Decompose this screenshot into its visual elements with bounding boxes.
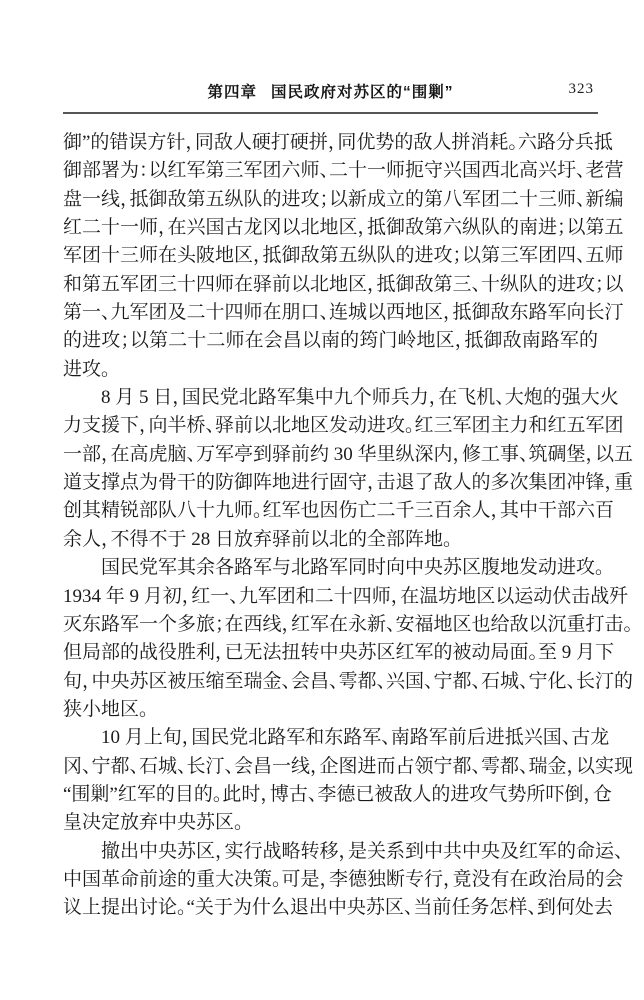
page-number: 323: [569, 81, 595, 98]
text-line: 但局部的战役胜利，已无法扭转中央苏区红军的被动局面。至 9 月下: [63, 639, 598, 667]
text-line: 旬，中央苏区被压缩至瑞金、会昌、雩都、兴国、宁都、石城、宁化、长汀的: [63, 668, 598, 696]
text-line: 军团十三师在头陂地区，抵御敌第五纵队的进攻；以第三军团四、五师: [63, 242, 598, 270]
text-line: 道支撑点为骨干的防御阵地进行固守，击退了敌人的多次集团冲锋，重: [63, 469, 598, 497]
chapter-heading: 第四章国民政府对苏区的“围剿”: [63, 80, 598, 102]
text-line: 创其精锐部队八十九师。红军也因伤亡二千三百余人，其中干部六百: [63, 497, 598, 525]
text-line: 御”的错误方针，同敌人硬打硬拼，同优势的敌人拼消耗。六路分兵抵: [63, 129, 598, 157]
chapter-title: 国民政府对苏区的“围剿”: [271, 84, 454, 101]
paragraph: 撤出中央苏区，实行战略转移，是关系到中共中央及红军的命运、中国革命前途的重大决策…: [63, 838, 598, 923]
text-line: 国民党军其余各路军与北路军同时向中央苏区腹地发动进攻。: [63, 554, 598, 582]
chapter-label: 第四章: [207, 84, 257, 101]
text-line: 10 月上旬，国民党北路军和东路军、南路军前后进抵兴国、古龙: [63, 724, 598, 752]
page-header: 第四章国民政府对苏区的“围剿”: [63, 80, 598, 100]
text-line: 撤出中央苏区，实行战略转移，是关系到中共中央及红军的命运、: [63, 838, 598, 866]
text-line: 1934 年 9 月初，红一、九军团和二十四师，在温坊地区以运动伏击战歼: [63, 583, 598, 611]
text-line: “围剿”红军的目的。此时，博古、李德已被敌人的进攻气势所吓倒，仓: [63, 781, 598, 809]
paragraph: 国民党军其余各路军与北路军同时向中央苏区腹地发动进攻。1934 年 9 月初，红…: [63, 554, 598, 724]
text-line: 8 月 5 日，国民党北路军集中九个师兵力，在飞机、大炮的强大火: [63, 384, 598, 412]
text-line: 御部署为：以红军第三军团六师、二十一师扼守兴国西北高兴圩、老营: [63, 157, 598, 185]
text-line: 灭东路军一个多旅；在西线，红军在永新、安福地区也给敌以沉重打击。: [63, 611, 598, 639]
text-line: 狭小地区。: [63, 696, 598, 724]
text-line: 红二十一师，在兴国古龙冈以北地区，抵御敌第六纵队的南进；以第五: [63, 214, 598, 242]
paragraph: 10 月上旬，国民党北路军和东路军、南路军前后进抵兴国、古龙冈、宁都、石城、长汀…: [63, 724, 598, 837]
text-line: 议上提出讨论。“关于为什么退出中央苏区、当前任务怎样、到何处去: [63, 894, 598, 922]
paragraph: 御”的错误方针，同敌人硬打硬拼，同优势的敌人拼消耗。六路分兵抵御部署为：以红军第…: [63, 129, 598, 384]
body-text: 御”的错误方针，同敌人硬打硬拼，同优势的敌人拼消耗。六路分兵抵御部署为：以红军第…: [63, 129, 598, 923]
book-page: 第四章国民政府对苏区的“围剿” 323 御”的错误方针，同敌人硬打硬拼，同优势的…: [0, 0, 644, 1000]
text-line: 余人，不得不于 28 日放弃驿前以北的全部阵地。: [63, 526, 598, 554]
text-line: 冈、宁都、石城、长汀、会昌一线，企图进而占领宁都、雩都、瑞金，以实现: [63, 753, 598, 781]
text-line: 皇决定放弃中央苏区。: [63, 809, 598, 837]
text-line: 中国革命前途的重大决策。可是，李德独断专行，竟没有在政治局的会: [63, 866, 598, 894]
text-line: 进攻。: [63, 356, 598, 384]
text-line: 一部，在高虎脑、万军亭到驿前约 30 华里纵深内，修工事、筑碉堡，以五: [63, 441, 598, 469]
text-line: 的进攻；以第二十二师在会昌以南的筠门岭地区，抵御敌南路军的: [63, 327, 598, 355]
text-line: 第一、九军团及二十四师在朋口、连城以西地区，抵御敌东路军向长汀: [63, 299, 598, 327]
text-line: 和第五军团三十四师在驿前以北地区，抵御敌第三、十纵队的进攻；以: [63, 271, 598, 299]
text-line: 力支援下，向半桥、驿前以北地区发动进攻。红三军团主力和红五军团: [63, 412, 598, 440]
paragraph: 8 月 5 日，国民党北路军集中九个师兵力，在飞机、大炮的强大火力支援下，向半桥…: [63, 384, 598, 554]
text-line: 盘一线，抵御敌第五纵队的进攻；以新成立的第八军团二十三师、新编: [63, 186, 598, 214]
header-rule: [63, 112, 598, 114]
